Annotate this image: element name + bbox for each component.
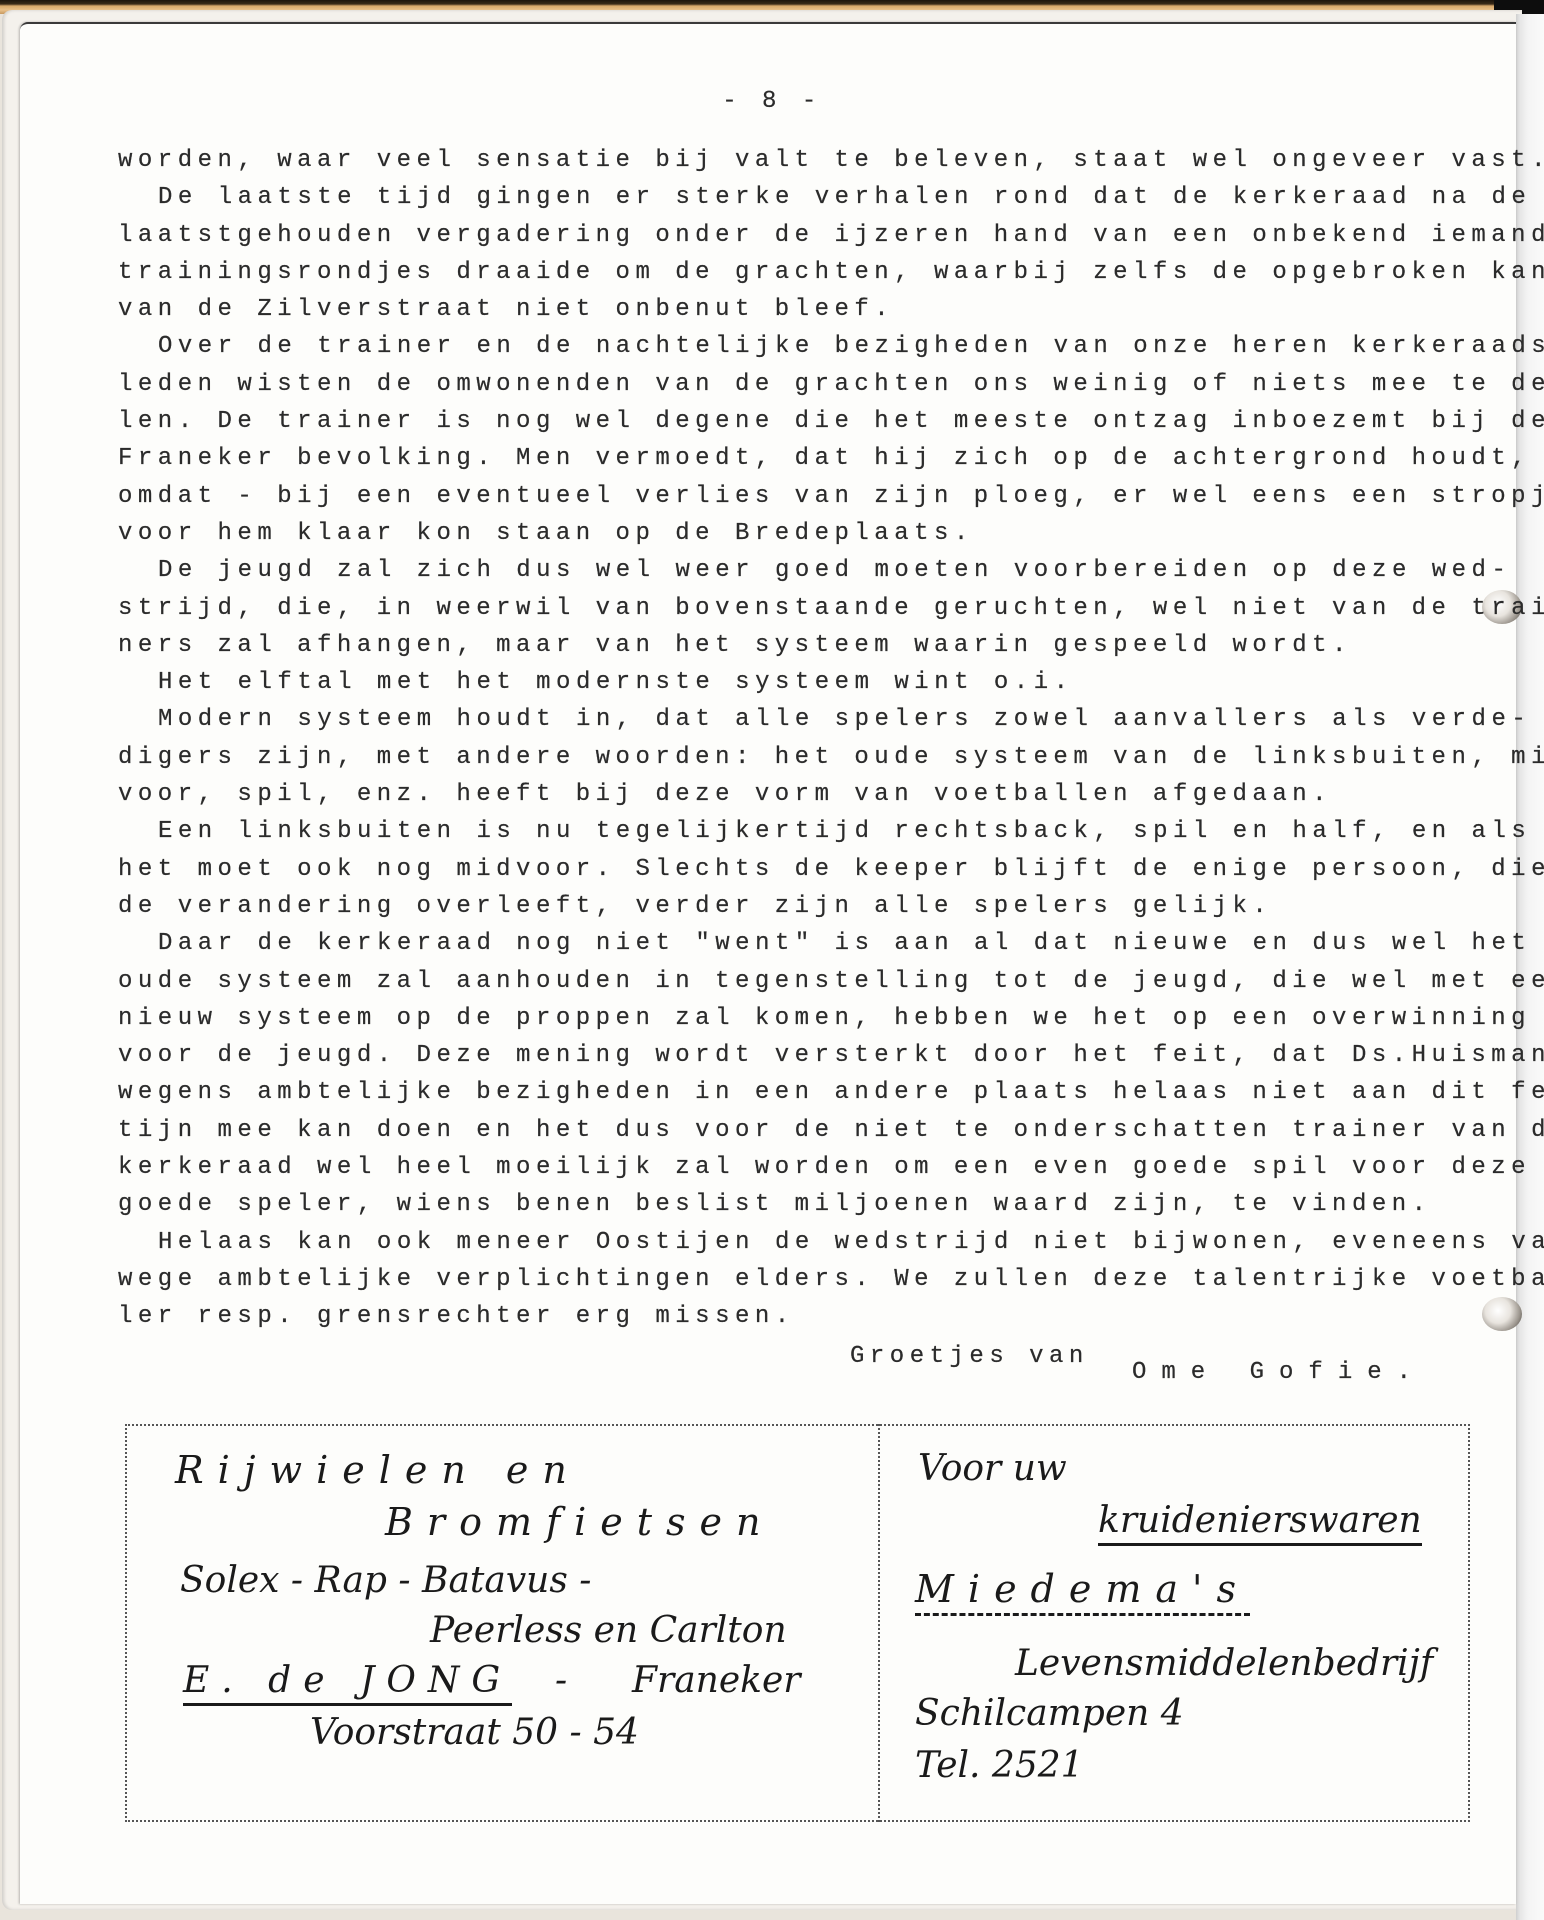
article-line: Franeker bevolking. Men vermoedt, dat hi… [118, 440, 1518, 477]
article-line: goede speler, wiens benen beslist miljoe… [118, 1186, 1518, 1223]
ad-left-brands-line2: Peerless en Carlton [430, 1610, 787, 1651]
ad-right-phone: Tel. 2521 [915, 1745, 1084, 1786]
article-line: De laatste tijd gingen er sterke verhale… [118, 179, 1518, 216]
article-line: Modern systeem houdt in, dat alle speler… [118, 701, 1518, 738]
advertisement-divider [878, 1424, 880, 1822]
article-line: tijn mee kan doen en het dus voor de nie… [118, 1112, 1518, 1149]
article-line: laatstgehouden vergadering onder de ijze… [118, 217, 1518, 254]
article-line: Helaas kan ook meneer Oostijen de wedstr… [118, 1224, 1518, 1261]
article-line: len. De trainer is nog wel degene die he… [118, 403, 1518, 440]
article-line: kerkeraad wel heel moeilijk zal worden o… [118, 1149, 1518, 1186]
page-edge-shadow [1516, 14, 1544, 1920]
article-line: het moet ook nog midvoor. Slechts de kee… [118, 851, 1518, 888]
ad-right-shop-name: Miedema's [915, 1567, 1250, 1616]
article-line: van de Zilverstraat niet onbenut bleef. [118, 291, 1518, 328]
article-line: wegens ambtelijke bezigheden in een ande… [118, 1074, 1518, 1111]
article-line: omdat - bij een eventueel verlies van zi… [118, 478, 1518, 515]
article-line: De jeugd zal zich dus wel weer goed moet… [118, 552, 1518, 589]
ad-right-product: kruidenierswaren [1098, 1500, 1422, 1546]
ad-left-separator: - [555, 1660, 567, 1701]
signature: Ome Gofie. [1132, 1353, 1426, 1393]
article-line: worden, waar veel sensatie bij valt te b… [118, 142, 1518, 179]
ad-left-brands-line1: Solex - Rap - Batavus - [180, 1560, 591, 1601]
article-line: ler resp. grensrechter erg missen. [118, 1298, 1518, 1335]
article-line: strijd, die, in weerwil van bovenstaande… [118, 590, 1518, 627]
ad-left-title-line1: Rijwielen en [175, 1448, 581, 1492]
article-line: Het elftal met het modernste systeem win… [118, 664, 1518, 701]
ad-left-city: Franeker [632, 1660, 800, 1701]
article-line: Een linksbuiten is nu tegelijkertijd rec… [118, 813, 1518, 850]
page-number: - 8 - [0, 88, 1544, 115]
ad-left-shop-name: E. de JONG [183, 1660, 512, 1706]
article-line: voor hem klaar kon staan op de Bredeplaa… [118, 515, 1518, 552]
article-line: leden wisten de omwonenden van de gracht… [118, 366, 1518, 403]
ad-left-title-line2: Bromfietsen [385, 1500, 774, 1544]
article-line: de verandering overleeft, verder zijn al… [118, 888, 1518, 925]
article-line: oude systeem zal aanhouden in tegenstell… [118, 963, 1518, 1000]
ad-left-address: Voorstraat 50 - 54 [310, 1712, 639, 1753]
ad-right-address: Schilcampen 4 [915, 1693, 1184, 1734]
ad-right-intro: Voor uw [918, 1448, 1067, 1489]
article-line: trainingsrondjes draaide om de grachten,… [118, 254, 1518, 291]
article-line: Daar de kerkeraad nog niet "went" is aan… [118, 925, 1518, 962]
article-line: wege ambtelijke verplichtingen elders. W… [118, 1261, 1518, 1298]
article-line: digers zijn, met andere woorden: het oud… [118, 739, 1518, 776]
article-line: nieuw systeem op de proppen zal komen, h… [118, 1000, 1518, 1037]
article-line: Over de trainer en de nachtelijke bezigh… [118, 328, 1518, 365]
article-line: voor de jeugd. Deze mening wordt verster… [118, 1037, 1518, 1074]
article-line: voor, spil, enz. heeft bij deze vorm van… [118, 776, 1518, 813]
article-line: ners zal afhangen, maar van het systeem … [118, 627, 1518, 664]
article-body: worden, waar veel sensatie bij valt te b… [118, 142, 1518, 1336]
ad-right-business-type: Levensmiddelenbedrijf [1015, 1643, 1433, 1684]
closing-greeting: Groetjes van [850, 1337, 1089, 1377]
